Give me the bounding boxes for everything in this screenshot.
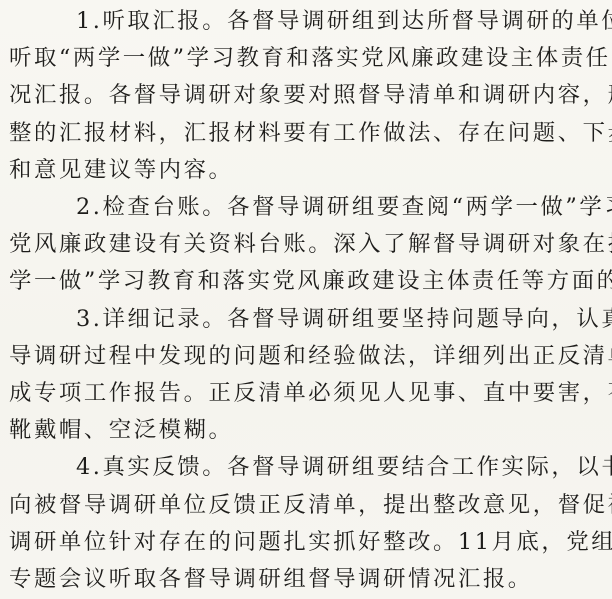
paragraph-heading: 2.检查台账。: [76, 194, 227, 220]
paragraph-text: 各督导调研组要坚持问题导向，认真记录督: [227, 306, 612, 332]
paragraph-line: 和意见建议等内容。: [9, 152, 607, 189]
paragraph-text: 各督导调研组到达所督导调研的单位后，要: [227, 8, 612, 34]
paragraph-detailed-record: 3.详细记录。各督导调研组要坚持问题导向，认真记录督 导调研过程中发现的问题和经…: [9, 301, 607, 450]
paragraph-line: 况汇报。各督导调研对象要对照督导清单和调研内容，形成完: [9, 77, 607, 114]
paragraph-line: 听取“两学一做”学习教育和落实党风廉政建设主体责任的情: [9, 40, 607, 77]
paragraph-real-feedback: 4.真实反馈。各督导调研组要结合工作实际，以书面形式 向被督导调研单位反馈正反清…: [9, 449, 607, 598]
paragraph-line: 3.详细记录。各督导调研组要坚持问题导向，认真记录督: [9, 301, 607, 338]
paragraph-check-ledger: 2.检查台账。各督导调研组要查阅“两学一做”学习教育和 党风廉政建设有关资料台账…: [9, 189, 607, 301]
paragraph-line: 成专项工作报告。正反清单必须见人见事、直中要害，不能穿: [9, 375, 607, 412]
paragraph-line: 学一做”学习教育和落实党风廉政建设主体责任等方面的情况。: [9, 263, 607, 300]
paragraph-heading: 3.详细记录。: [76, 306, 227, 332]
paragraph-listen-report: 1.听取汇报。各督导调研组到达所督导调研的单位后，要 听取“两学一做”学习教育和…: [9, 3, 607, 189]
paragraph-line: 专题会议听取各督导调研组督导调研情况汇报。: [9, 561, 607, 598]
paragraph-text: 各督导调研组要结合工作实际，以书面形式: [227, 454, 612, 480]
paragraph-line: 调研单位针对存在的问题扎实抓好整改。11月底，党组将召开: [9, 524, 607, 561]
document-body: 1.听取汇报。各督导调研组到达所督导调研的单位后，要 听取“两学一做”学习教育和…: [9, 3, 607, 598]
paragraph-line: 2.检查台账。各督导调研组要查阅“两学一做”学习教育和: [9, 189, 607, 226]
paragraph-line: 党风廉政建设有关资料台账。深入了解督导调研对象在推进“两: [9, 226, 607, 263]
paragraph-line: 向被督导调研单位反馈正反清单，提出整改意见，督促被督导: [9, 487, 607, 524]
scanned-document-page: 1.听取汇报。各督导调研组到达所督导调研的单位后，要 听取“两学一做”学习教育和…: [0, 0, 612, 599]
paragraph-line: 4.真实反馈。各督导调研组要结合工作实际，以书面形式: [9, 449, 607, 486]
paragraph-line: 1.听取汇报。各督导调研组到达所督导调研的单位后，要: [9, 3, 607, 40]
paragraph-line: 导调研过程中发现的问题和经验做法，详细列出正反清单，形: [9, 338, 607, 375]
paragraph-line: 整的汇报材料，汇报材料要有工作做法、存在问题、下步计划: [9, 115, 607, 152]
paragraph-line: 靴戴帽、空泛模糊。: [9, 412, 607, 449]
paragraph-heading: 4.真实反馈。: [76, 454, 227, 480]
paragraph-text: 各督导调研组要查阅“两学一做”学习教育和: [227, 194, 612, 220]
paragraph-heading: 1.听取汇报。: [76, 8, 227, 34]
